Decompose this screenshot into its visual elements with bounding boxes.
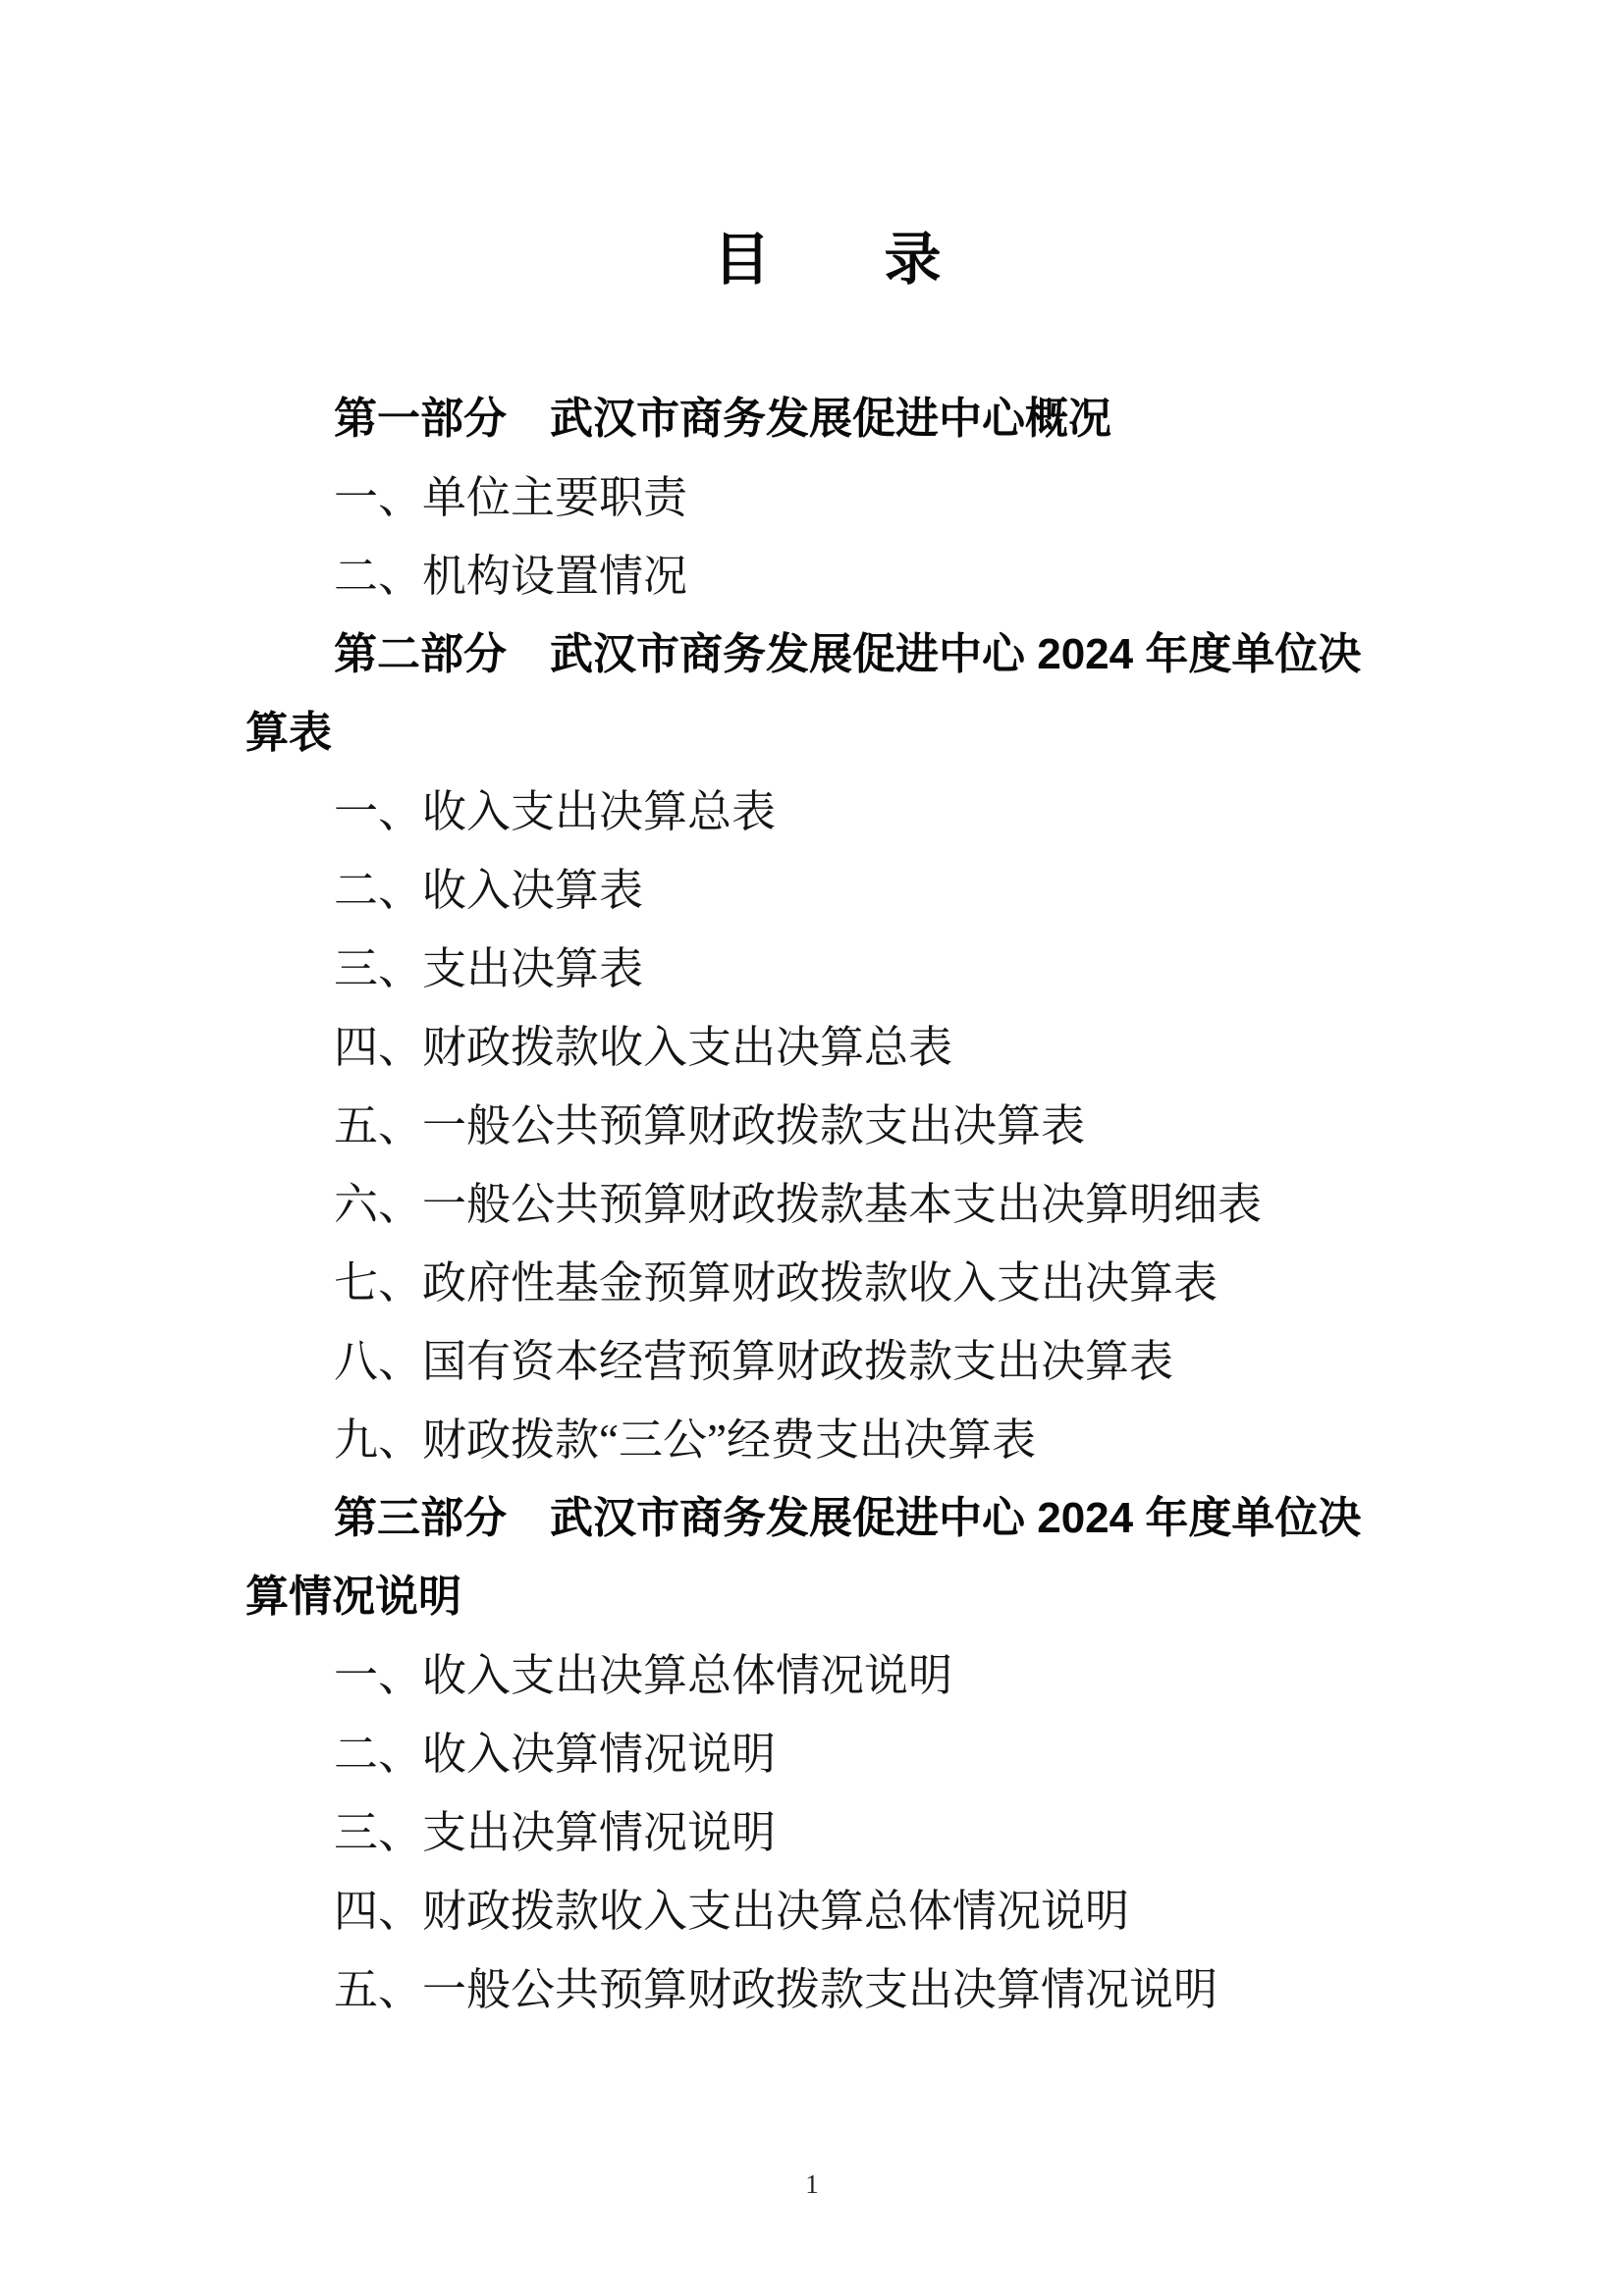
toc-item: 一、收入支出决算总表 <box>245 773 1409 851</box>
toc-section-2: 第二部分 武汉市商务发展促进中心 2024 年度单位决 算表 一、收入支出决算总… <box>245 615 1409 1479</box>
page-title: 目 录 <box>245 221 1409 299</box>
toc-item: 一、单位主要职责 <box>245 458 1409 537</box>
section-2-heading-line-1: 第二部分 武汉市商务发展促进中心 2024 年度单位决 <box>245 615 1409 694</box>
page-number: 1 <box>0 2164 1624 2204</box>
toc-item: 二、机构设置情况 <box>245 537 1409 615</box>
toc-item: 七、政府性基金预算财政拨款收入支出决算表 <box>245 1244 1409 1322</box>
toc-item: 二、收入决算情况说明 <box>245 1715 1409 1793</box>
table-of-contents: 第一部分 武汉市商务发展促进中心概况 一、单位主要职责 二、机构设置情况 第二部… <box>245 380 1409 2029</box>
toc-item: 八、国有资本经营预算财政拨款支出决算表 <box>245 1322 1409 1401</box>
section-2-heading-line-2: 算表 <box>245 694 1409 773</box>
toc-item: 三、支出决算表 <box>245 930 1409 1008</box>
toc-item: 一、收入支出决算总体情况说明 <box>245 1636 1409 1715</box>
section-1-heading: 第一部分 武汉市商务发展促进中心概况 <box>245 380 1409 458</box>
toc-item: 五、一般公共预算财政拨款支出决算表 <box>245 1087 1409 1165</box>
toc-item: 五、一般公共预算财政拨款支出决算情况说明 <box>245 1950 1409 2029</box>
section-3-heading-line-1: 第三部分 武汉市商务发展促进中心 2024 年度单位决 <box>245 1479 1409 1558</box>
document-page: 目 录 第一部分 武汉市商务发展促进中心概况 一、单位主要职责 二、机构设置情况… <box>0 0 1624 2296</box>
toc-item: 六、一般公共预算财政拨款基本支出决算明细表 <box>245 1165 1409 1244</box>
section-3-heading-line-2: 算情况说明 <box>245 1558 1409 1636</box>
toc-item: 九、财政拨款“三公”经费支出决算表 <box>245 1401 1409 1479</box>
toc-section-1: 第一部分 武汉市商务发展促进中心概况 一、单位主要职责 二、机构设置情况 <box>245 380 1409 615</box>
toc-item: 二、收入决算表 <box>245 851 1409 930</box>
toc-item: 四、财政拨款收入支出决算总表 <box>245 1008 1409 1087</box>
toc-section-3: 第三部分 武汉市商务发展促进中心 2024 年度单位决 算情况说明 一、收入支出… <box>245 1479 1409 2029</box>
toc-item: 四、财政拨款收入支出决算总体情况说明 <box>245 1872 1409 1950</box>
toc-item: 三、支出决算情况说明 <box>245 1793 1409 1872</box>
